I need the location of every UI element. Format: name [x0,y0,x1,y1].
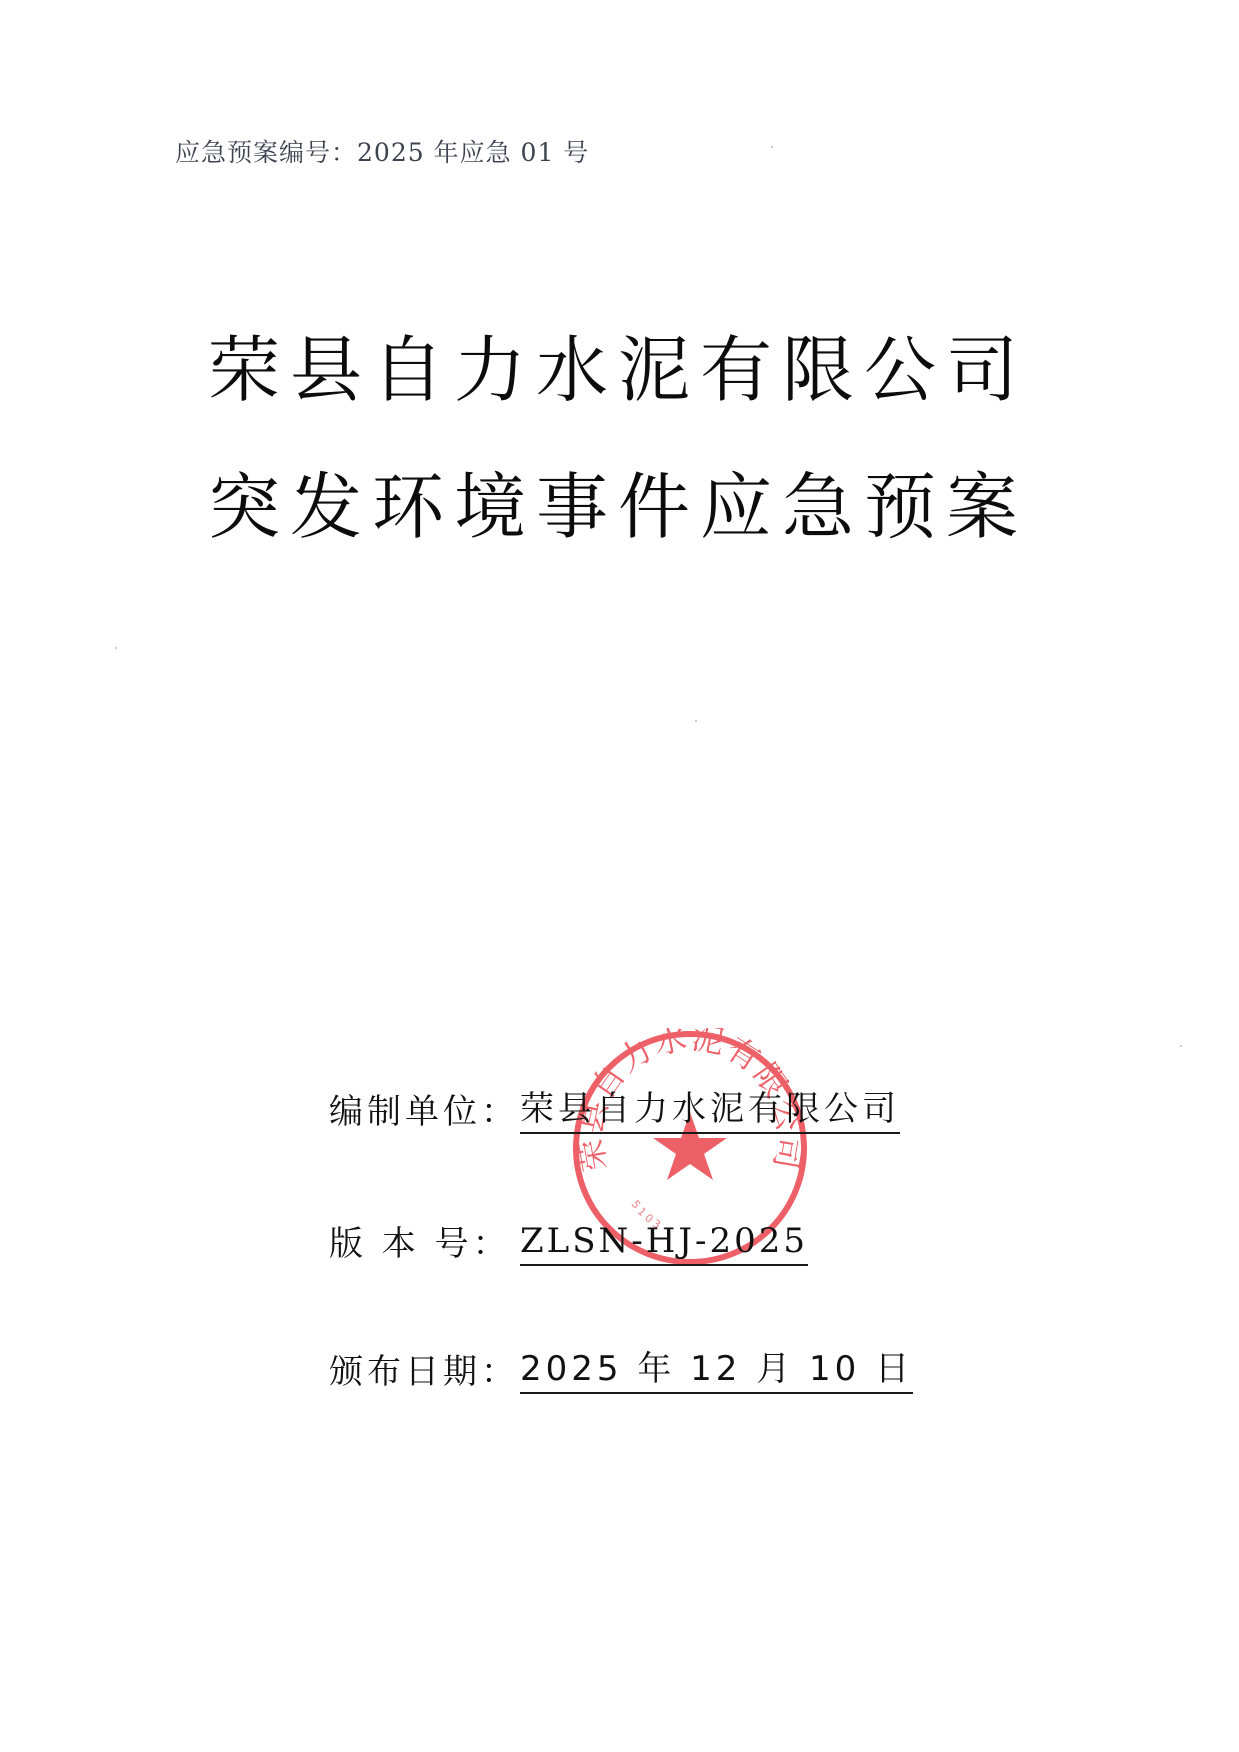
version-number-label: 版 本 号： [329,1222,520,1266]
title-company: 荣县自力水泥有限公司 [208,330,1028,410]
field-version-number: 版 本 号： ZLSN-HJ-2025 [329,1222,808,1266]
plan-number-value: 2025 年应急 01 号 [357,138,589,167]
scan-speck [771,146,773,148]
scan-speck [115,647,117,649]
compiling-unit-value: 荣县自力水泥有限公司 [520,1087,900,1134]
field-release-date: 颁布日期： 2025 年 12 月 10 日 [329,1350,913,1394]
compiling-unit-label: 编制单位： [329,1090,520,1134]
scan-speck [1180,1045,1182,1047]
scan-speck [695,720,697,722]
plan-number-line: 应急预案编号：2025 年应急 01 号 [175,136,589,170]
document-page: 应急预案编号：2025 年应急 01 号 荣县自力水泥有限公司 突发环境事件应急… [0,0,1239,1752]
version-number-value: ZLSN-HJ-2025 [520,1219,808,1266]
field-compiling-unit: 编制单位： 荣县自力水泥有限公司 [329,1090,900,1134]
release-date-value: 2025 年 12 月 10 日 [520,1347,913,1394]
title-plan-name: 突发环境事件应急预案 [208,467,1028,547]
release-date-label: 颁布日期： [329,1350,520,1394]
plan-number-label: 应急预案编号： [175,138,357,167]
